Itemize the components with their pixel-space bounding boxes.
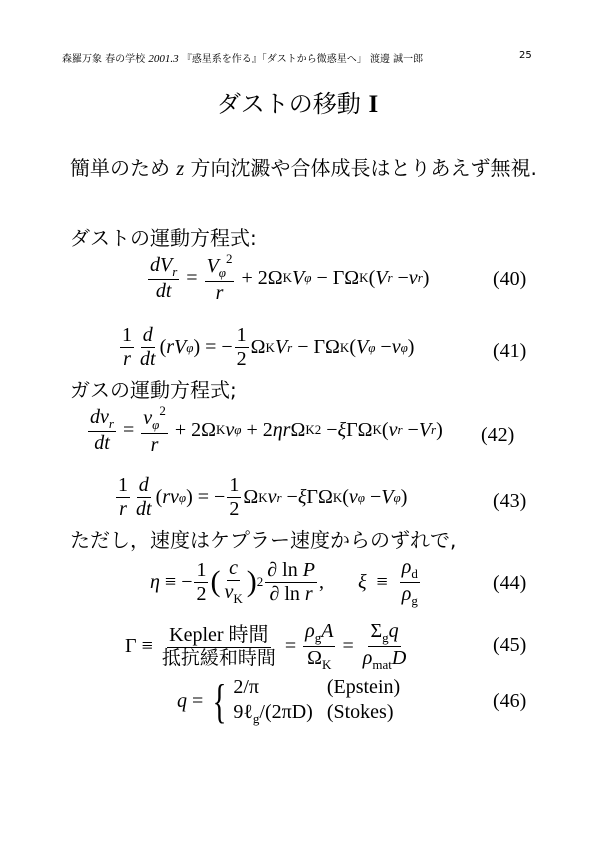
equation-44: η ≡ −12(cvK)2∂ ln P∂ ln r, ξ ≡ ρdρg [150,556,422,609]
title-jp: ダストの移動 [217,90,361,118]
drag-time-label: 抵抗緩和時間 [160,648,278,670]
gas-heading: ガスの運動方程式; [70,374,237,403]
equation-45: Γ ≡ Kepler 時間抵抗緩和時間 = ρgAΩK = ΣgqρmatD [125,620,410,673]
equation-42: dvrdt = vφ2r + 2ΩKvφ + 2ηrΩK2 − ξΓΩK(vr … [86,404,443,457]
equation-number-40: (40) [493,268,526,291]
running-header: 森羅万象 春の学校 2001.3 『惑星系を作る』「ダストから微惑星へ」 渡邊 … [62,50,423,65]
case-epstein-expr: 2/π [233,676,313,699]
equation-43: 1rddt(rvφ) = −12ΩKvr − ξΓΩK(vφ − Vφ) [114,474,407,521]
equation-41: 1rddt(rVφ) = −12ΩKVr − ΓΩK(Vφ − vφ) [118,324,414,371]
header-left-post: 『惑星系を作る』「ダストから微惑星へ」 渡邊 誠一郎 [182,54,423,65]
note-text: ただし，速度はケプラー速度からのずれで, [70,524,456,553]
case-stokes-label: (Stokes) [327,701,400,727]
equation-number-41: (41) [493,340,526,363]
var-z: z [176,158,184,180]
header-left-pre: 森羅万象 春の学校 [62,54,145,65]
header-date: 2001.3 [148,53,178,65]
page-number: 25 [519,50,532,61]
title-roman: I [368,91,378,118]
kepler-time-label: Kepler 時間 [167,624,270,648]
case-epstein-label: (Epstein) [327,676,400,699]
equation-number-42: (42) [481,424,514,447]
dust-heading: ダストの運動方程式: [70,222,257,251]
case-stokes-expr: 9ℓg/(2πD) [233,701,313,727]
equation-number-46: (46) [493,690,526,713]
slide-title: ダストの移動 I [0,84,595,119]
equation-40: dVrdt = Vφ2r + 2ΩKVφ − ΓΩK(Vr − vr) [146,252,429,305]
equation-number-43: (43) [493,490,526,513]
equation-46: q = { 2/π (Epstein) 9ℓg/(2πD) (Stokes) [177,676,400,727]
intro-text: 簡単のため z 方向沈澱や合体成長はとりあえず無視. [70,152,537,181]
equation-number-44: (44) [493,572,526,595]
equation-number-45: (45) [493,634,526,657]
